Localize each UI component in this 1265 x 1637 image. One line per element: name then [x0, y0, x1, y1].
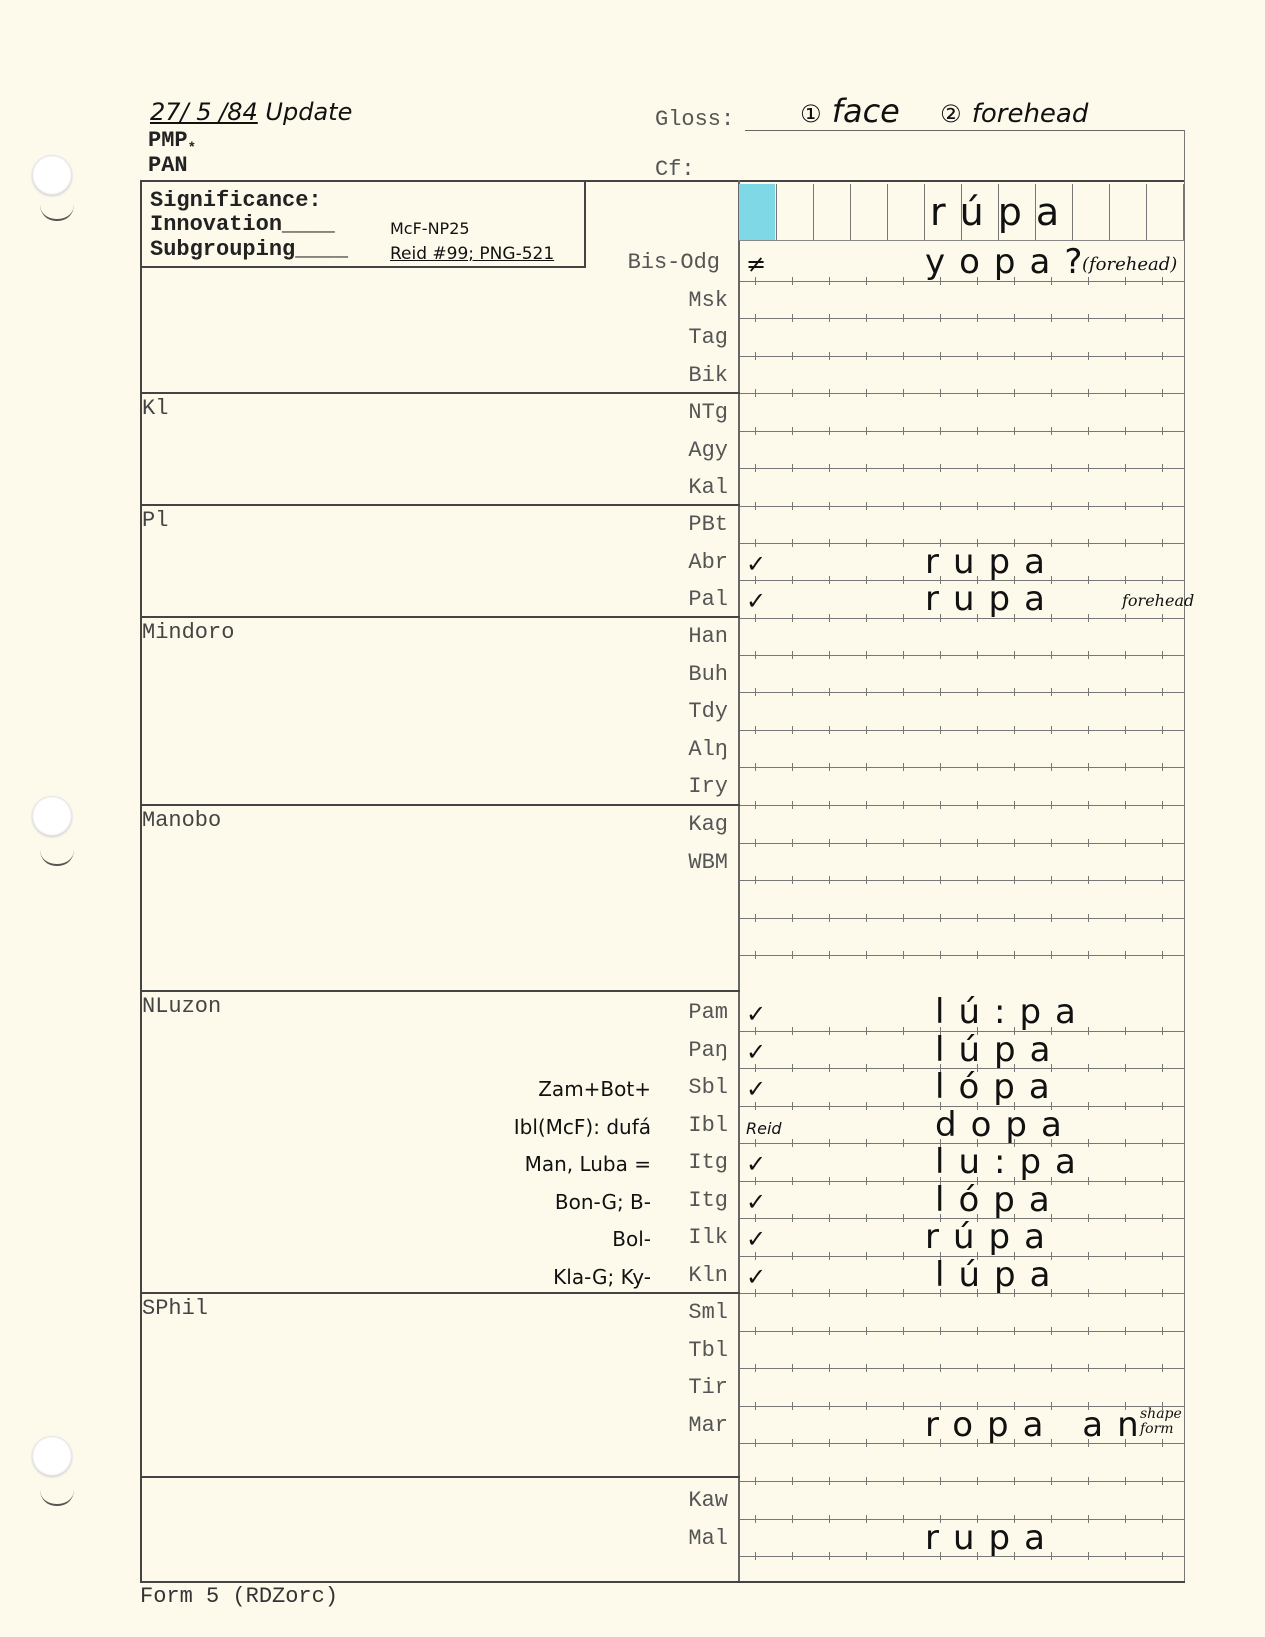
rule-tick [866, 1252, 867, 1260]
rule-tick [1051, 1364, 1052, 1372]
cognate-mark: Reid [746, 1119, 782, 1138]
rule-tick [792, 763, 793, 771]
language-code: Tir [618, 1375, 728, 1400]
rule-tick [977, 1552, 978, 1560]
rule-tick [1125, 1552, 1126, 1560]
rule-tick [755, 914, 756, 922]
rule-tick [1014, 839, 1015, 847]
rule-tick [977, 688, 978, 696]
rule-tick [866, 763, 867, 771]
rule-tick [755, 1102, 756, 1110]
reconstruction-cell-divider [924, 184, 925, 240]
group-divider [140, 990, 740, 992]
rule-tick [866, 352, 867, 360]
rule-tick [903, 1364, 904, 1372]
rule-tick [1125, 1102, 1126, 1110]
rule-tick [903, 352, 904, 360]
language-prefix-note: Bol- [420, 1227, 651, 1251]
rule-tick [755, 614, 756, 622]
rule-tick [1125, 763, 1126, 771]
rule-tick [1088, 876, 1089, 884]
rule-tick [866, 801, 867, 809]
rule-tick [903, 1552, 904, 1560]
rule-tick [1125, 1364, 1126, 1372]
binder-hole-shadow [40, 850, 74, 866]
cognate-mark: ✓ [746, 1000, 766, 1028]
rule-tick [829, 352, 830, 360]
rule-tick [792, 1252, 793, 1260]
rule-tick [977, 1327, 978, 1335]
rule-tick [1125, 1139, 1126, 1147]
rule-tick [755, 726, 756, 734]
rule-tick [866, 951, 867, 959]
rule-tick [866, 1402, 867, 1410]
language-code: Pam [618, 1000, 728, 1025]
reflex-form: rupa [925, 542, 1059, 582]
table-right-border [1184, 130, 1185, 1582]
pan-label: PAN [148, 153, 188, 178]
rule-tick [940, 1364, 941, 1372]
rule-tick [866, 502, 867, 510]
rule-tick [866, 1177, 867, 1185]
rule-tick [1088, 352, 1089, 360]
language-code: Abr [618, 550, 728, 575]
rule-tick [866, 314, 867, 322]
rule-tick [1125, 1477, 1126, 1485]
rule-tick [1125, 951, 1126, 959]
rule-tick [1162, 464, 1163, 472]
language-code: Agy [618, 438, 728, 463]
rule-tick [977, 427, 978, 435]
rule-tick [1125, 1289, 1126, 1297]
rule-tick [866, 1027, 867, 1035]
rule-tick [903, 688, 904, 696]
rule-tick [829, 502, 830, 510]
rule-tick [903, 763, 904, 771]
rule-tick [1014, 352, 1015, 360]
language-prefix-note: Zam+Bot+ [420, 1077, 651, 1101]
group-divider [140, 616, 740, 618]
rule-tick [1125, 352, 1126, 360]
rule-tick [1051, 801, 1052, 809]
rule-tick [940, 352, 941, 360]
rule-tick [866, 876, 867, 884]
rule-tick [1051, 1327, 1052, 1335]
rule-tick [1014, 427, 1015, 435]
rule-tick [903, 314, 904, 322]
pmp-star: * [188, 140, 196, 156]
language-code: Han [618, 624, 728, 649]
rule-tick [1051, 1477, 1052, 1485]
rule-tick [1088, 576, 1089, 584]
rule-tick [1051, 951, 1052, 959]
rule-tick [1162, 314, 1163, 322]
rule-tick [903, 389, 904, 397]
rule-tick [1014, 763, 1015, 771]
rule-tick [903, 576, 904, 584]
language-code: Mal [618, 1526, 728, 1551]
rule-tick [903, 1289, 904, 1297]
entry-rule [740, 918, 1184, 919]
rule-tick [1162, 1327, 1163, 1335]
rule-tick [755, 352, 756, 360]
rule-tick [792, 1402, 793, 1410]
rule-tick [792, 1214, 793, 1222]
rule-tick [755, 1214, 756, 1222]
rule-tick [829, 1139, 830, 1147]
rule-tick [1051, 651, 1052, 659]
rule-tick [829, 1515, 830, 1523]
rule-tick [903, 876, 904, 884]
rule-tick [1088, 801, 1089, 809]
rule-tick [866, 614, 867, 622]
rule-tick [829, 576, 830, 584]
rule-tick [1088, 763, 1089, 771]
rule-tick [977, 839, 978, 847]
rule-tick [1088, 914, 1089, 922]
rule-tick [940, 914, 941, 922]
rule-tick [866, 464, 867, 472]
language-code: Buh [618, 662, 728, 687]
rule-tick [1088, 688, 1089, 696]
binder-hole-shadow [40, 205, 74, 221]
rule-tick [903, 1252, 904, 1260]
update-date: 27/ 5 /84 Update [150, 98, 352, 126]
cognate-mark: ✓ [746, 1225, 766, 1253]
language-code: PBt [618, 512, 728, 537]
rule-tick [1088, 1477, 1089, 1485]
entry-rule [740, 318, 1184, 319]
rule-tick [1088, 1027, 1089, 1035]
gloss-forehead: forehead [972, 99, 1089, 129]
rule-tick [1162, 876, 1163, 884]
rule-tick [792, 876, 793, 884]
rule-tick [829, 651, 830, 659]
entry-rule [740, 880, 1184, 881]
binder-hole [32, 1436, 72, 1476]
rule-tick [755, 427, 756, 435]
rule-tick [903, 1102, 904, 1110]
table-bottom-border [140, 1581, 1185, 1583]
rule-tick [829, 539, 830, 547]
rule-tick [903, 1402, 904, 1410]
rule-tick [829, 1439, 830, 1447]
rule-tick [903, 801, 904, 809]
reflex-form: lú:pa [935, 992, 1090, 1032]
rule-tick [755, 1289, 756, 1297]
group-divider [140, 504, 740, 506]
rule-tick [903, 539, 904, 547]
rule-tick [792, 839, 793, 847]
rule-tick [866, 576, 867, 584]
rule-tick [829, 951, 830, 959]
rule-tick [1125, 539, 1126, 547]
rule-tick [1014, 1477, 1015, 1485]
rule-tick [829, 464, 830, 472]
rule-tick [1088, 726, 1089, 734]
rule-tick [866, 1327, 867, 1335]
rule-tick [1125, 314, 1126, 322]
rule-tick [903, 1027, 904, 1035]
rule-tick [1051, 763, 1052, 771]
rule-tick [940, 651, 941, 659]
reflex-form: lópa [935, 1067, 1064, 1107]
rule-tick [755, 1027, 756, 1035]
rule-tick [755, 1252, 756, 1260]
rule-tick [866, 1064, 867, 1072]
rule-tick [940, 427, 941, 435]
entry-rule [740, 843, 1184, 844]
rule-tick [755, 651, 756, 659]
rule-tick [1162, 1102, 1163, 1110]
language-code: Kag [618, 812, 728, 837]
rule-tick [1051, 464, 1052, 472]
rule-tick [903, 914, 904, 922]
entry-rule [740, 955, 1184, 956]
rule-tick [829, 1064, 830, 1072]
rule-tick [1125, 1252, 1126, 1260]
rule-tick [1088, 614, 1089, 622]
rule-tick [755, 1402, 756, 1410]
entry-rule [740, 1331, 1184, 1332]
rule-tick [977, 352, 978, 360]
rule-tick [829, 763, 830, 771]
rule-tick [1125, 801, 1126, 809]
rule-tick [1125, 427, 1126, 435]
rule-tick [755, 389, 756, 397]
rule-tick [940, 502, 941, 510]
rule-tick [977, 464, 978, 472]
rule-tick [1051, 839, 1052, 847]
rule-tick [1088, 502, 1089, 510]
rule-tick [903, 1177, 904, 1185]
reflex-form: rupa [925, 1518, 1059, 1558]
rule-tick [1125, 614, 1126, 622]
rule-tick [755, 1064, 756, 1072]
rule-tick [829, 277, 830, 285]
rule-tick [829, 726, 830, 734]
significance-title: Significance: [150, 188, 322, 213]
rule-tick [1162, 1214, 1163, 1222]
group-label: Kl [142, 396, 168, 421]
reflex-note: (forehead) [1082, 254, 1177, 275]
reflex-note: forehead [1122, 591, 1194, 610]
rule-tick [755, 502, 756, 510]
rule-tick [1014, 389, 1015, 397]
rule-tick [977, 314, 978, 322]
cognate-mark: ✓ [746, 587, 766, 615]
entry-rule [740, 1293, 1184, 1294]
rule-tick [1125, 1027, 1126, 1035]
rule-tick [1162, 352, 1163, 360]
entry-rule [740, 356, 1184, 357]
rule-tick [977, 1477, 978, 1485]
rule-tick [755, 277, 756, 285]
rule-tick [1088, 651, 1089, 659]
rule-tick [866, 1515, 867, 1523]
rule-tick [1014, 314, 1015, 322]
rule-tick [940, 688, 941, 696]
rule-tick [1162, 801, 1163, 809]
rule-tick [829, 1214, 830, 1222]
rule-tick [755, 1177, 756, 1185]
language-prefix-note: Ibl(McF): dufá [420, 1115, 651, 1139]
rule-tick [866, 914, 867, 922]
reconstruction-cell-divider [1109, 184, 1110, 240]
rule-tick [903, 1214, 904, 1222]
rule-tick [792, 539, 793, 547]
language-code: Alŋ [618, 737, 728, 762]
rule-tick [792, 464, 793, 472]
rule-tick [866, 726, 867, 734]
rule-tick [792, 1477, 793, 1485]
language-code: Mar [618, 1413, 728, 1438]
gloss-value: ① face ② forehead [800, 92, 1088, 130]
rule-tick [1088, 839, 1089, 847]
rule-tick [1162, 763, 1163, 771]
rule-tick [755, 1327, 756, 1335]
rule-tick [977, 726, 978, 734]
rule-tick [940, 951, 941, 959]
subgrouping-label: Subgrouping____ [150, 237, 348, 262]
language-code: Bik [618, 363, 728, 388]
rule-tick [755, 876, 756, 884]
entry-rule [740, 805, 1184, 806]
subgrouping-text: Subgrouping [150, 237, 295, 262]
gloss-underline [745, 130, 1185, 131]
rule-tick [755, 314, 756, 322]
rule-tick [829, 801, 830, 809]
rule-tick [977, 914, 978, 922]
reflex-note: shape form [1140, 1407, 1190, 1437]
rule-tick [792, 576, 793, 584]
rule-tick [903, 726, 904, 734]
reconstruction-cell-divider [776, 184, 777, 240]
rule-tick [792, 914, 793, 922]
rule-tick [1125, 876, 1126, 884]
rule-tick [1125, 1064, 1126, 1072]
entry-rule [740, 506, 1184, 507]
rule-tick [940, 763, 941, 771]
rule-tick [755, 951, 756, 959]
rule-tick [940, 726, 941, 734]
rule-tick [1162, 1439, 1163, 1447]
rule-tick [903, 651, 904, 659]
rule-tick [829, 1552, 830, 1560]
rule-tick [1162, 914, 1163, 922]
group-divider [140, 392, 740, 394]
rule-tick [1088, 951, 1089, 959]
rule-tick [1014, 688, 1015, 696]
rule-tick [792, 1139, 793, 1147]
rule-tick [829, 427, 830, 435]
rule-tick [1014, 801, 1015, 809]
rule-tick [1014, 1439, 1015, 1447]
table-top-border [140, 180, 1185, 182]
rule-tick [1088, 1252, 1089, 1260]
rule-tick [755, 1439, 756, 1447]
rule-tick [792, 1064, 793, 1072]
rule-tick [977, 651, 978, 659]
rule-tick [1125, 502, 1126, 510]
rule-tick [1125, 464, 1126, 472]
rule-tick [866, 277, 867, 285]
rule-tick [903, 839, 904, 847]
cognate-mark: ✓ [746, 550, 766, 578]
rule-tick [866, 389, 867, 397]
rule-tick [1014, 614, 1015, 622]
pmp-text: PMP [148, 128, 188, 153]
rule-tick [903, 951, 904, 959]
rule-tick [977, 951, 978, 959]
rule-tick [755, 576, 756, 584]
rule-tick [1051, 688, 1052, 696]
rule-tick [1088, 1364, 1089, 1372]
rule-tick [1162, 1027, 1163, 1035]
rule-tick [1162, 651, 1163, 659]
entry-rule [740, 655, 1184, 656]
language-code: Iry [618, 774, 728, 799]
rule-tick [829, 1477, 830, 1485]
rule-tick [1162, 427, 1163, 435]
rule-tick [1125, 688, 1126, 696]
rule-tick [903, 1139, 904, 1147]
rule-tick [1162, 1515, 1163, 1523]
rule-tick [940, 277, 941, 285]
cognate-mark: ✓ [746, 1150, 766, 1178]
rule-tick [866, 539, 867, 547]
rule-tick [1014, 1289, 1015, 1297]
rule-tick [977, 1439, 978, 1447]
rule-tick [940, 1327, 941, 1335]
rule-tick [903, 1439, 904, 1447]
rule-tick [977, 876, 978, 884]
reflex-form: ropa an [925, 1405, 1153, 1445]
rule-tick [866, 1214, 867, 1222]
gloss-label: Gloss: [655, 107, 734, 132]
rule-tick [1088, 427, 1089, 435]
language-prefix-note: Bon-G; B- [420, 1190, 651, 1214]
reflex-form: yopa? [925, 242, 1096, 282]
reconstruction-cell-divider [813, 184, 814, 240]
rule-tick [1088, 1327, 1089, 1335]
rule-tick [940, 1439, 941, 1447]
rule-tick [1162, 726, 1163, 734]
rule-tick [1051, 314, 1052, 322]
rule-tick [1125, 277, 1126, 285]
reconstruction-form: rúpa [930, 190, 1073, 234]
rule-tick [940, 389, 941, 397]
rule-tick [940, 614, 941, 622]
rule-tick [792, 389, 793, 397]
language-code: Kal [618, 475, 728, 500]
rule-tick [1162, 688, 1163, 696]
cognate-mark: ≠ [746, 250, 766, 278]
rule-tick [792, 1364, 793, 1372]
rule-tick [792, 726, 793, 734]
rule-tick [1051, 1289, 1052, 1297]
rule-tick [1162, 1364, 1163, 1372]
rule-tick [1162, 576, 1163, 584]
rule-tick [1088, 1064, 1089, 1072]
rule-tick [1051, 389, 1052, 397]
rule-tick [792, 277, 793, 285]
rule-tick [1014, 876, 1015, 884]
date-text: 27/ 5 /84 [150, 98, 258, 126]
rule-tick [940, 1289, 941, 1297]
entry-rule [740, 1368, 1184, 1369]
rule-tick [1162, 839, 1163, 847]
